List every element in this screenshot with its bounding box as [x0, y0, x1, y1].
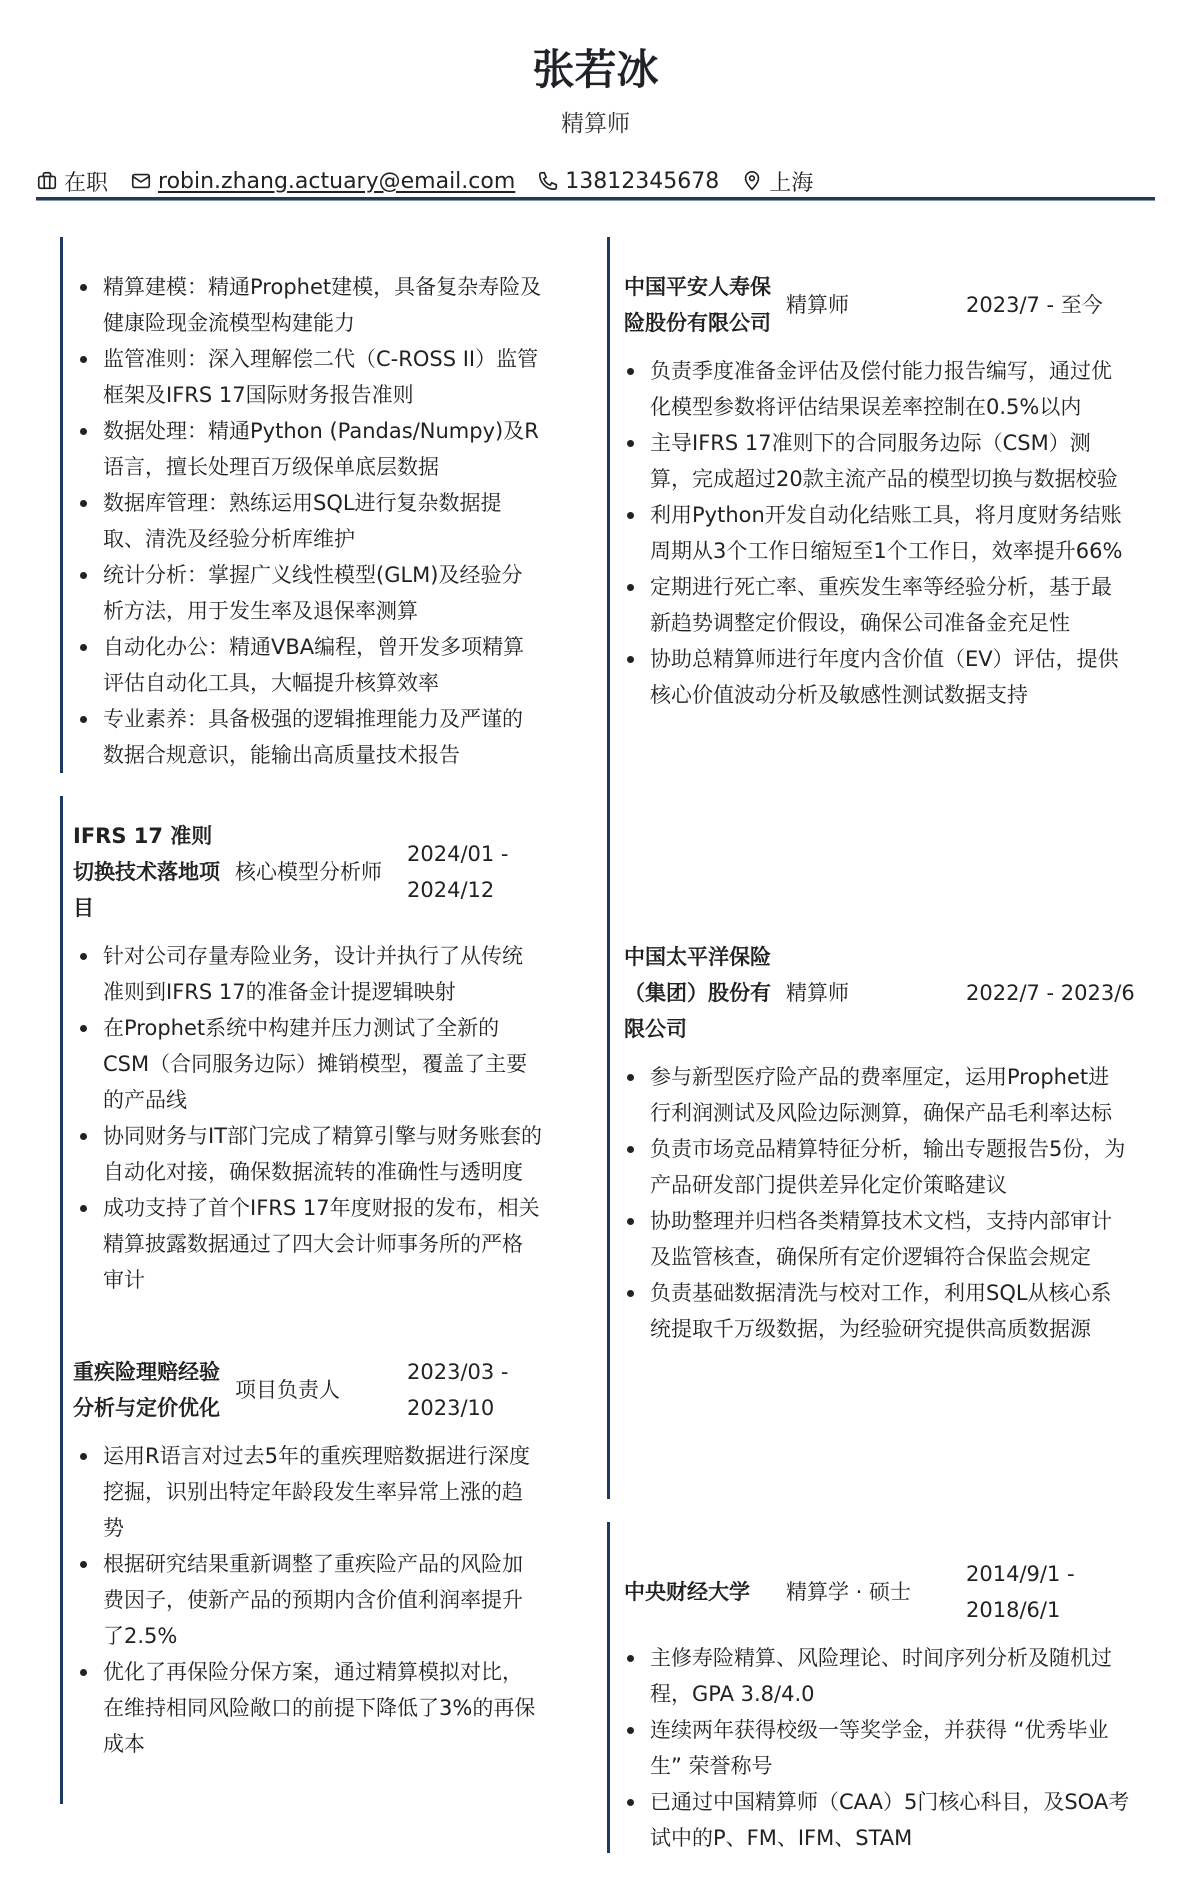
job-bullet: 利用Python开发自动化结账工具，将月度财务结账周期从3个工作日缩短至1个工作…	[610, 497, 1130, 569]
job-entry: 中国太平洋保险（集团）股份有限公司 精算师 2022/7 - 2023/6 参与…	[624, 939, 1154, 1347]
project-bullet: 成功支持了首个IFRS 17年度财报的发布，相关精算披露数据通过了四大会计师事务…	[63, 1190, 543, 1298]
project-bullet: 根据研究结果重新调整了重疾险产品的风险加费因子，使新产品的预期内含价值利润率提升…	[63, 1546, 543, 1654]
status-text: 在职	[64, 166, 108, 197]
job-bullets: 负责季度准备金评估及偿付能力报告编写，通过优化模型参数将评估结果误差率控制在0.…	[610, 353, 1130, 713]
contact-email: robin.zhang.actuary@email.com	[130, 169, 515, 194]
header-divider	[36, 197, 1155, 201]
job-bullet: 协助总精算师进行年度内含价值（EV）评估，提供核心价值波动分析及敏感性测试数据支…	[610, 641, 1130, 713]
phone-icon	[537, 170, 559, 192]
contact-status: 在职	[36, 166, 108, 197]
location-pin-icon	[741, 170, 763, 192]
education-header: 中央财经大学 精算学 · 硕士 2014/9/1 - 2018/6/1	[624, 1556, 1154, 1628]
candidate-name: 张若冰	[0, 44, 1191, 96]
contact-location: 上海	[741, 166, 813, 197]
project-date: 2024/01 - 2024/12	[407, 836, 537, 908]
education-date: 2014/9/1 - 2018/6/1	[966, 1556, 1146, 1628]
job-date: 2022/7 - 2023/6	[966, 975, 1146, 1011]
job-date: 2023/7 - 至今	[966, 287, 1146, 323]
mail-icon	[130, 170, 152, 192]
work-section: 中国平安人寿保险股份有限公司 精算师 2023/7 - 至今 负责季度准备金评估…	[607, 237, 1157, 1499]
skill-item: 监管准则：深入理解偿二代（C-ROSS II）监管框架及IFRS 17国际财务报…	[63, 341, 543, 413]
project-date: 2023/03 - 2023/10	[407, 1354, 537, 1426]
project-bullet: 运用R语言对过去5年的重疾理赔数据进行深度挖掘，识别出特定年龄段发生率异常上涨的…	[63, 1438, 543, 1546]
job-bullet: 定期进行死亡率、重疾发生率等经验分析，基于最新趋势调整定价假设，确保公司准备金充…	[610, 569, 1130, 641]
job-bullet: 负责基础数据清洗与校对工作，利用SQL从核心系统提取千万级数据，为经验研究提供高…	[610, 1275, 1130, 1347]
project-bullet: 在Prophet系统中构建并压力测试了全新的CSM（合同服务边际）摊销模型，覆盖…	[63, 1010, 543, 1118]
job-role: 精算师	[786, 975, 966, 1011]
education-entry: 中央财经大学 精算学 · 硕士 2014/9/1 - 2018/6/1 主修寿险…	[624, 1556, 1154, 1856]
skill-item: 数据处理：精通Python (Pandas/Numpy)及R语言，擅长处理百万级…	[63, 413, 543, 485]
project-title: IFRS 17 准则切换技术落地项目	[73, 818, 223, 926]
education-bullets: 主修寿险精算、风险理论、时间序列分析及随机过程，GPA 3.8/4.0 连续两年…	[610, 1640, 1130, 1856]
project-bullet: 协同财务与IT部门完成了精算引擎与财务账套的自动化对接，确保数据流转的准确性与透…	[63, 1118, 543, 1190]
contact-bar: 在职 robin.zhang.actuary@email.com 1381234…	[36, 164, 835, 198]
skills-list: 精算建模：精通Prophet建模，具备复杂寿险及健康险现金流模型构建能力 监管准…	[63, 269, 543, 773]
job-bullet: 协助整理并归档各类精算技术文档，支持内部审计及监管核查，确保所有定价逻辑符合保监…	[610, 1203, 1130, 1275]
contact-phone: 13812345678	[537, 169, 719, 194]
job-bullet: 负责季度准备金评估及偿付能力报告编写，通过优化模型参数将评估结果误差率控制在0.…	[610, 353, 1130, 425]
projects-section: IFRS 17 准则切换技术落地项目 核心模型分析师 2024/01 - 202…	[60, 796, 560, 1804]
education-bullet: 连续两年获得校级一等奖学金，并获得 “优秀毕业生” 荣誉称号	[610, 1712, 1130, 1784]
project-role: 核心模型分析师	[235, 854, 397, 890]
education-section: 中央财经大学 精算学 · 硕士 2014/9/1 - 2018/6/1 主修寿险…	[607, 1522, 1157, 1853]
job-entry: 中国平安人寿保险股份有限公司 精算师 2023/7 - 至今 负责季度准备金评估…	[624, 269, 1154, 713]
skills-section: 精算建模：精通Prophet建模，具备复杂寿险及健康险现金流模型构建能力 监管准…	[60, 237, 560, 773]
education-bullet: 主修寿险精算、风险理论、时间序列分析及随机过程，GPA 3.8/4.0	[610, 1640, 1130, 1712]
job-header: 中国太平洋保险（集团）股份有限公司 精算师 2022/7 - 2023/6	[624, 939, 1154, 1047]
project-bullet: 针对公司存量寿险业务，设计并执行了从传统准则到IFRS 17的准备金计提逻辑映射	[63, 938, 543, 1010]
project-title: 重疾险理赔经验分析与定价优化	[73, 1354, 223, 1426]
degree: 精算学 · 硕士	[786, 1574, 966, 1610]
company-name: 中国太平洋保险（集团）股份有限公司	[624, 939, 774, 1047]
school-name: 中央财经大学	[624, 1574, 774, 1610]
project-header: IFRS 17 准则切换技术落地项目 核心模型分析师 2024/01 - 202…	[73, 818, 553, 926]
project-bullets: 针对公司存量寿险业务，设计并执行了从传统准则到IFRS 17的准备金计提逻辑映射…	[63, 938, 543, 1298]
project-entry: 重疾险理赔经验分析与定价优化 项目负责人 2023/03 - 2023/10 运…	[73, 1354, 553, 1762]
phone-text: 13812345678	[565, 169, 719, 194]
job-bullet: 主导IFRS 17准则下的合同服务边际（CSM）测算，完成超过20款主流产品的模…	[610, 425, 1130, 497]
project-bullets: 运用R语言对过去5年的重疾理赔数据进行深度挖掘，识别出特定年龄段发生率异常上涨的…	[63, 1438, 543, 1762]
skill-item: 精算建模：精通Prophet建模，具备复杂寿险及健康险现金流模型构建能力	[63, 269, 543, 341]
company-name: 中国平安人寿保险股份有限公司	[624, 269, 774, 341]
project-header: 重疾险理赔经验分析与定价优化 项目负责人 2023/03 - 2023/10	[73, 1354, 553, 1426]
skill-item: 专业素养：具备极强的逻辑推理能力及严谨的数据合规意识，能输出高质量技术报告	[63, 701, 543, 773]
skill-item: 统计分析：掌握广义线性模型(GLM)及经验分析方法，用于发生率及退保率测算	[63, 557, 543, 629]
job-header: 中国平安人寿保险股份有限公司 精算师 2023/7 - 至今	[624, 269, 1154, 341]
project-entry: IFRS 17 准则切换技术落地项目 核心模型分析师 2024/01 - 202…	[73, 818, 553, 1298]
email-link[interactable]: robin.zhang.actuary@email.com	[158, 169, 515, 194]
skill-item: 数据库管理：熟练运用SQL进行复杂数据提取、清洗及经验分析库维护	[63, 485, 543, 557]
education-bullet: 已通过中国精算师（CAA）5门核心科目，及SOA考试中的P、FM、IFM、STA…	[610, 1784, 1130, 1856]
job-bullet: 参与新型医疗险产品的费率厘定，运用Prophet进行利润测试及风险边际测算，确保…	[610, 1059, 1130, 1131]
job-bullets: 参与新型医疗险产品的费率厘定，运用Prophet进行利润测试及风险边际测算，确保…	[610, 1059, 1130, 1347]
skill-item: 自动化办公：精通VBA编程，曾开发多项精算评估自动化工具，大幅提升核算效率	[63, 629, 543, 701]
briefcase-icon	[36, 170, 58, 192]
job-bullet: 负责市场竞品精算特征分析，输出专题报告5份，为产品研发部门提供差异化定价策略建议	[610, 1131, 1130, 1203]
project-role: 项目负责人	[235, 1372, 397, 1408]
project-bullet: 优化了再保险分保方案，通过精算模拟对比，在维持相同风险敞口的前提下降低了3%的再…	[63, 1654, 543, 1762]
candidate-title: 精算师	[0, 108, 1191, 140]
job-role: 精算师	[786, 287, 966, 323]
location-text: 上海	[769, 166, 813, 197]
